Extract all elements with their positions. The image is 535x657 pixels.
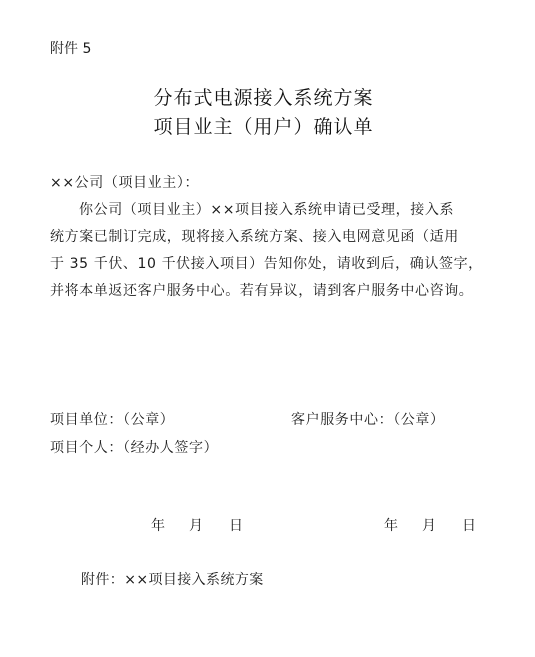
signature-service-center: 客户服务中心：（公章） <box>291 411 445 429</box>
date-day-label: 日 <box>462 517 476 535</box>
date-day-label: 日 <box>229 517 243 535</box>
body-line: 统方案已制订完成，现将接入系统方案、接入电网意见函（适用 <box>50 228 459 246</box>
document-title-line1: 分布式电源接入系统方案 <box>0 87 531 109</box>
body-line: 并将本单返还客户服务中心。若有异议，请到客户服务中心咨询。 <box>50 282 473 300</box>
date-year-label: 年 <box>151 517 165 535</box>
date-year-label: 年 <box>384 517 398 535</box>
signature-project-individual: 项目个人：（经办人签字） <box>50 439 218 457</box>
date-month-label: 月 <box>189 517 203 535</box>
document-title-line2: 项目业主（用户）确认单 <box>0 116 531 138</box>
attachment-note: 附件：××项目接入系统方案 <box>81 571 264 589</box>
document-page: 附件 5 分布式电源接入系统方案 项目业主（用户）确认单 ××公司（项目业主）：… <box>0 0 535 657</box>
body-line: 于 35 千伏、10 千伏接入项目）告知你处，请收到后，确认签字， <box>50 255 483 273</box>
annex-label: 附件 5 <box>50 40 91 58</box>
salutation: ××公司（项目业主）： <box>50 174 199 192</box>
body-line: 你公司（项目业主）××项目接入系统申请已受理，接入系 <box>79 201 454 219</box>
date-month-label: 月 <box>422 517 436 535</box>
signature-project-unit: 项目单位：（公章） <box>50 411 174 429</box>
